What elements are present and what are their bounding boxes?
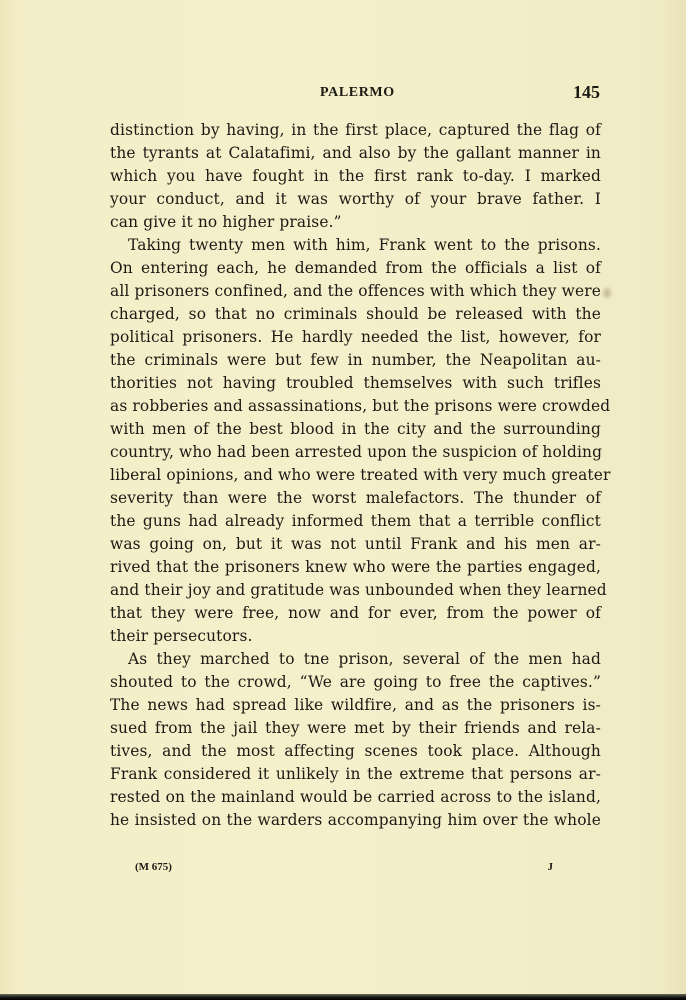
text-line: the tyrants at Calatafimi, and also by t… bbox=[110, 142, 601, 165]
chapter-title: PALERMO bbox=[320, 85, 395, 101]
text-line: the guns had already informed them that … bbox=[110, 510, 601, 533]
text-line: The news had spread like wildfire, and a… bbox=[110, 694, 601, 717]
text-line: your conduct, and it was worthy of your … bbox=[110, 188, 601, 211]
text-line: the criminals were but few in number, th… bbox=[110, 349, 601, 372]
text-line: as robberies and assassinations, but the… bbox=[110, 395, 601, 418]
page-number: 145 bbox=[573, 82, 600, 103]
text-line: was going on, but it was not until Frank… bbox=[110, 533, 601, 556]
body-text: distinction by having, in the first plac… bbox=[110, 119, 601, 832]
text-line: On entering each, he demanded from the o… bbox=[110, 257, 601, 280]
text-line: thorities not having troubled themselves… bbox=[110, 372, 601, 395]
text-line: all prisoners confined, and the offences… bbox=[110, 280, 601, 303]
text-line: political prisoners. He hardly needed th… bbox=[110, 326, 601, 349]
text-line: rested on the mainland would be carried … bbox=[110, 786, 601, 809]
text-line: that they were free, now and for ever, f… bbox=[110, 602, 601, 625]
text-line: which you have fought in the first rank … bbox=[110, 165, 601, 188]
text-line: charged, so that no criminals should be … bbox=[110, 303, 601, 326]
running-head: PALERMO 145 bbox=[110, 82, 602, 104]
text-line: As they marched to tne prison, several o… bbox=[110, 648, 601, 671]
text-line: severity than were the worst malefactors… bbox=[110, 487, 601, 510]
page-footer: (M 675) J bbox=[110, 861, 602, 877]
text-line: country, who had been arrested upon the … bbox=[110, 441, 601, 464]
text-line: shouted to the crowd, “We are going to f… bbox=[110, 671, 601, 694]
scan-bottom-edge bbox=[0, 994, 686, 1000]
text-line: with men of the best blood in the city a… bbox=[110, 418, 601, 441]
text-line: and their joy and gratitude was unbounde… bbox=[110, 579, 601, 602]
text-line: distinction by having, in the first plac… bbox=[110, 119, 601, 142]
text-line: rived that the prisoners knew who were t… bbox=[110, 556, 601, 579]
signature-mark: (M 675) bbox=[135, 861, 172, 873]
book-page: PALERMO 145 distinction by having, in th… bbox=[0, 0, 686, 1000]
ink-smudge bbox=[603, 288, 611, 298]
text-line: tives, and the most affecting scenes too… bbox=[110, 740, 601, 763]
text-line: their persecutors. bbox=[110, 625, 601, 648]
text-line: liberal opinions, and who were treated w… bbox=[110, 464, 601, 487]
text-line: sued from the jail they were met by thei… bbox=[110, 717, 601, 740]
text-line: Frank considered it unlikely in the extr… bbox=[110, 763, 601, 786]
text-line: Taking twenty men with him, Frank went t… bbox=[110, 234, 601, 257]
gathering-letter: J bbox=[548, 861, 554, 873]
text-line: can give it no higher praise.” bbox=[110, 211, 601, 234]
text-line: he insisted on the warders accompanying … bbox=[110, 809, 601, 832]
